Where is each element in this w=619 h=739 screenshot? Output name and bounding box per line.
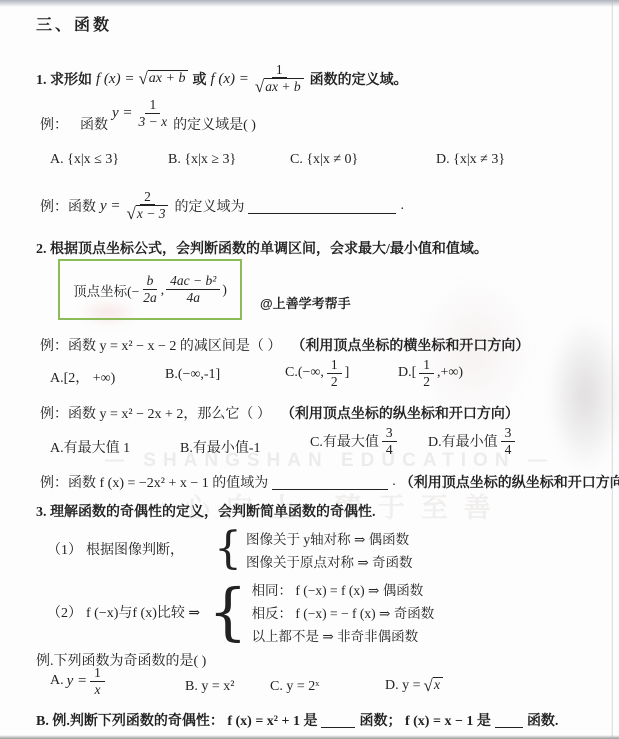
fraction: 1 x <box>90 665 105 697</box>
fraction-denominator: 4 <box>384 442 395 458</box>
option-c-post: ] <box>345 365 350 381</box>
parity-item-1: （1） 根据图像判断， { 图像关于 y轴对称 ⇒ 偶函数 图像关于原点对称 ⇒… <box>47 526 413 572</box>
fraction-numerator: b <box>143 273 158 290</box>
question-pre: B. 例.判断下列函数的奇偶性： f (x) = x² + 1 是 <box>36 710 317 730</box>
y-equals: y = <box>112 105 133 122</box>
option-d-pre: D.有最小值 <box>428 431 498 451</box>
fraction: 3 4 <box>382 425 397 457</box>
option-d-post: ,+∞) <box>437 365 463 381</box>
worksheet-page: — SHANGSHAN EDUCATION — 一心向上 臻于至善 三、函数 1… <box>0 0 619 739</box>
case-row-1: 图像关于 y轴对称 ⇒ 偶函数 <box>246 528 413 548</box>
radicand: x <box>433 677 443 695</box>
radical-icon: √ <box>127 205 136 223</box>
item-1-label: （1） <box>47 539 82 559</box>
options-row-4: A. y = 1 x B. y = x² C. y = 2ˣ D. y = √x <box>0 665 619 711</box>
question-mid: 函数； f (x) = x − 1 是 <box>359 710 490 730</box>
option-a: A.[2， +∞) <box>50 367 115 387</box>
option-b: B. {x|x ≥ 3} <box>168 152 236 168</box>
option-d: D. {x|x ≠ 3} <box>436 152 505 168</box>
fraction-numerator: 1 <box>145 97 160 114</box>
close-paren: ) <box>222 282 227 298</box>
hint-text: （利用顶点坐标的横坐标和开口方向） <box>291 335 529 355</box>
example-domain-mcq: 例： 函数 y = 1 3 − x 的定义域是( ) <box>40 102 256 146</box>
scan-edge-bottom <box>0 735 619 739</box>
hint-text: （利用顶点坐标的纵坐标和开口方向） <box>400 472 619 492</box>
author-handle: @上善学考帮手 <box>260 293 351 312</box>
sqrt-expression: √x <box>424 677 444 695</box>
fraction-denominator: 2 <box>421 374 432 390</box>
fraction-numerator: 1 <box>419 357 434 374</box>
fraction: 1 2 <box>419 357 434 389</box>
left-brace-icon: { <box>214 530 242 567</box>
radical-icon: √ <box>138 70 147 88</box>
section-heading: 三、函数 <box>36 12 112 35</box>
y-equals: y = <box>100 198 121 215</box>
example-parity-fill: B. 例.判断下列函数的奇偶性： f (x) = x² + 1 是 函数； f … <box>36 710 558 730</box>
fraction: 1 3 − x <box>137 97 170 129</box>
answer-blank <box>272 474 388 490</box>
fraction-numerator: 3 <box>382 425 397 442</box>
item-2-label: （2） <box>47 602 82 622</box>
question-tail: 的定义域是( ) <box>173 114 256 134</box>
option-a: A. y = 1 x <box>50 665 105 697</box>
item-2-pre: f (−x)与f (x)比较 ⇒ <box>86 602 200 622</box>
point-2-title: 2. 根据顶点坐标公式，会判断函数的单调区间，会求最大/最小值和值域。 <box>36 238 488 258</box>
option-d: D.有最小值 3 4 <box>428 425 515 457</box>
answer-blank <box>495 712 523 728</box>
fraction-denominator: 4a <box>184 290 202 306</box>
case-rows: 图像关于 y轴对称 ⇒ 偶函数 图像关于原点对称 ⇒ 奇函数 <box>246 528 413 571</box>
fraction-denominator: 3 − x <box>137 114 170 130</box>
case-row-1: 相同： f (−x) = f (x) ⇒ 偶函数 <box>252 579 435 599</box>
option-d-pre: D. y = <box>385 678 421 694</box>
y-equals: y = <box>67 673 88 690</box>
hint-text: （利用顶点坐标的纵坐标和开口方向） <box>281 403 519 423</box>
case-group: { 图像关于 y轴对称 ⇒ 偶函数 图像关于原点对称 ⇒ 奇函数 <box>214 528 413 571</box>
options-row-3: A.有最大值 1 B.有最小值-1 C.有最大值 3 4 D.有最小值 3 4 <box>0 425 619 469</box>
example-label: 例：函数 <box>40 196 96 216</box>
parity-item-2: （2） f (−x)与f (x)比较 ⇒ { 相同： f (−x) = f (x… <box>47 580 434 644</box>
fraction: 3 4 <box>501 425 516 457</box>
or-word: 或 <box>192 69 206 89</box>
option-d: D. y = √x <box>385 677 443 695</box>
example-decreasing-interval: 例：函数 y = x² − x − 2 的减区间是（ ） （利用顶点坐标的横坐标… <box>40 335 529 355</box>
point-1-label: 1. 求形如 <box>36 69 92 89</box>
question-tail: 的定义域为 <box>174 196 244 216</box>
fraction-denominator: √ax + b <box>253 78 306 96</box>
fraction-numerator: 1 <box>272 62 287 79</box>
example-label: 例： <box>40 114 68 134</box>
radical-icon: √ <box>255 78 264 96</box>
item-1-pre: 根据图像判断， <box>86 539 184 559</box>
radicand: ax + b <box>148 70 189 88</box>
option-c: C. y = 2ˣ <box>270 679 319 695</box>
fraction: 4ac − b² 4a <box>166 273 220 305</box>
fraction-numerator: 3 <box>501 425 516 442</box>
question-text: 例：函数 f (x) = −2x² + x − 1 的值域为 <box>40 472 268 492</box>
fraction: b 2a <box>141 273 159 305</box>
option-a: A. {x|x ≤ 3} <box>50 152 119 168</box>
option-b: B.有最小值-1 <box>180 437 261 457</box>
example-range-fill: 例：函数 f (x) = −2x² + x − 1 的值域为 . （利用顶点坐标… <box>40 472 619 492</box>
fraction-numerator: 4ac − b² <box>166 273 220 290</box>
fraction-numerator: 1 <box>90 665 105 682</box>
radicand: x − 3 <box>136 205 169 222</box>
sqrt-expression: √x − 3 <box>127 205 169 223</box>
option-c-pre: C.有最大值 <box>310 431 379 451</box>
options-row-1: A. {x|x ≤ 3} B. {x|x ≥ 3} C. {x|x ≠ 0} D… <box>0 152 619 174</box>
period: . <box>392 474 396 490</box>
option-c-pre: C.(−∞, <box>285 365 324 381</box>
options-row-2: A.[2， +∞) B.(−∞,-1] C.(−∞, 1 2 ] D.[ 1 2… <box>0 357 619 399</box>
fraction-numerator: 2 <box>140 189 155 206</box>
scan-edge-right <box>611 0 613 739</box>
comma: , <box>161 282 164 298</box>
option-b: B. y = x² <box>185 679 234 695</box>
fraction-denominator: 2a <box>141 290 159 306</box>
fraction-denominator: √x − 3 <box>125 205 171 223</box>
question-post: 函数. <box>527 710 559 730</box>
vertex-label: 顶点坐标(− <box>73 280 139 300</box>
option-b: B.(−∞,-1] <box>165 367 220 383</box>
point-3-title: 3. 理解函数的奇偶性的定义，会判断简单函数的奇偶性. <box>36 501 376 521</box>
case-row-2: 图像关于原点对称 ⇒ 奇函数 <box>246 551 413 571</box>
option-c: C.有最大值 3 4 <box>310 425 397 457</box>
option-d: D.[ 1 2 ,+∞) <box>398 357 463 389</box>
case-row-2: 相反： f (−x) = − f (x) ⇒ 奇函数 <box>252 602 435 622</box>
formula-group: y = 1 3 − x <box>112 97 169 129</box>
fx-equals: f (x) = <box>96 71 134 88</box>
option-d-pre: D.[ <box>398 365 416 381</box>
function-word: 函数 <box>80 114 108 134</box>
fraction-denominator: 2 <box>329 374 340 390</box>
answer-blank <box>321 712 355 728</box>
radical-icon: √ <box>424 677 433 695</box>
scan-edge-top <box>0 0 619 7</box>
left-brace-icon: { <box>208 586 247 639</box>
sqrt-expression: √ax + b <box>255 78 304 96</box>
radicand: ax + b <box>264 78 303 95</box>
option-c: C.(−∞, 1 2 ] <box>285 357 349 389</box>
example-max-min: 例：函数 y = x² − 2x + 2，那么它（ ） （利用顶点坐标的纵坐标和… <box>40 403 519 423</box>
question-text: 例：函数 y = x² − 2x + 2，那么它（ ） <box>40 403 271 423</box>
option-a-pre: A. <box>50 673 64 689</box>
option-c: C. {x|x ≠ 0} <box>290 152 358 168</box>
fraction-denominator: 4 <box>503 442 514 458</box>
sqrt-expression: √ax + b <box>138 70 188 88</box>
fraction-numerator: 1 <box>327 357 342 374</box>
fx-equals: f (x) = <box>210 71 248 88</box>
fraction: 2 √x − 3 <box>125 189 171 223</box>
question-text: 例：函数 y = x² − x − 2 的减区间是（ ） <box>40 335 281 355</box>
period: . <box>400 198 404 214</box>
example-domain-fill: 例：函数 y = 2 √x − 3 的定义域为 . <box>40 183 404 229</box>
option-a: A.有最大值 1 <box>50 437 130 457</box>
point-1-line: 1. 求形如 f (x) = √ax + b 或 f (x) = 1 √ax +… <box>36 57 408 101</box>
fraction: 1 √ax + b <box>253 62 306 96</box>
vertex-formula-box: 顶点坐标(− b 2a , 4ac − b² 4a ) <box>58 259 242 320</box>
case-rows: 相同： f (−x) = f (x) ⇒ 偶函数 相反： f (−x) = − … <box>252 579 435 645</box>
fraction-denominator: x <box>93 682 103 698</box>
case-group: { 相同： f (−x) = f (x) ⇒ 偶函数 相反： f (−x) = … <box>208 579 434 645</box>
case-row-3: 以上都不是 ⇒ 非奇非偶函数 <box>252 625 435 645</box>
fraction: 1 2 <box>327 357 342 389</box>
answer-blank <box>248 198 396 214</box>
point-1-tail: 函数的定义域。 <box>310 69 408 89</box>
